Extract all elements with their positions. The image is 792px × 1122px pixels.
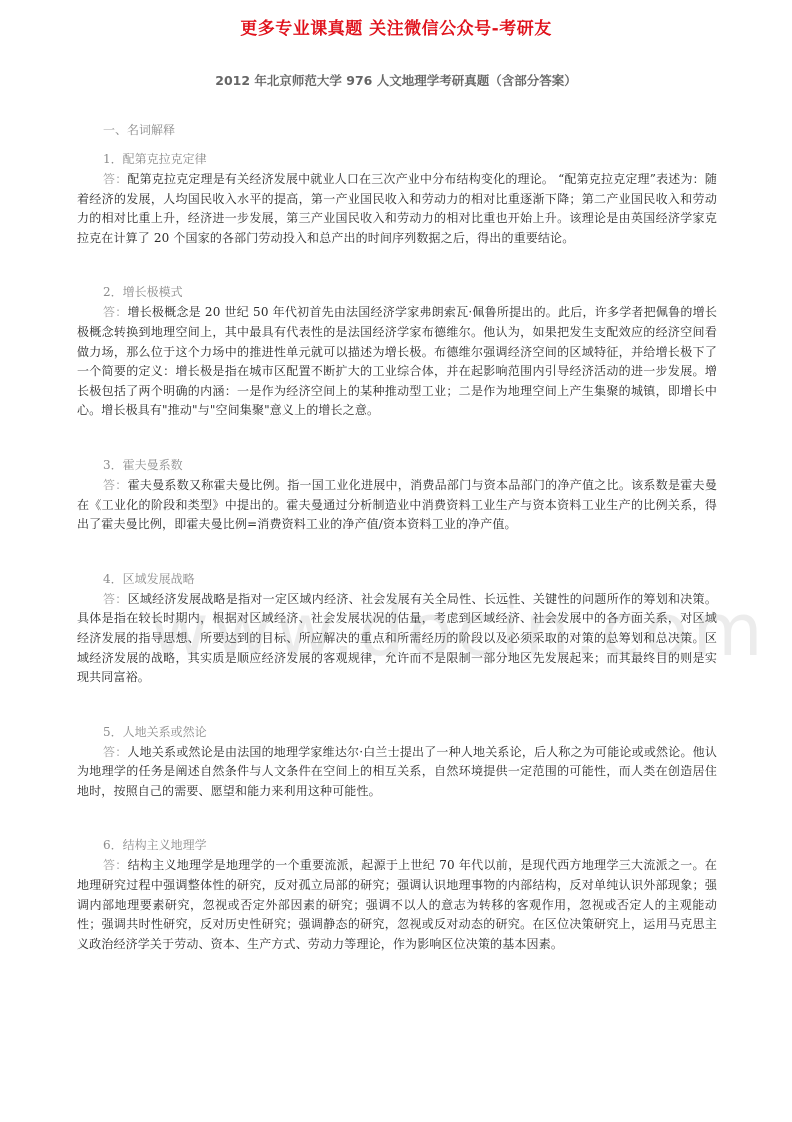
spacer — [77, 421, 717, 454]
answer-text: 配第克拉克定理是有关经济发展中就业人口在三次产业中分布结构变化的理论。 “配第克… — [77, 172, 717, 245]
term-heading: 5．人地关系或然论 — [77, 721, 717, 743]
term-answer: 答：人地关系或然论是由法国的地理学家维达尔·白兰士提出了一种人地关系论，后人称之… — [77, 743, 717, 802]
spacer — [77, 688, 717, 721]
term-heading: 4．区域发展战略 — [77, 568, 717, 590]
promo-banner: 更多专业课真题 关注微信公众号-考研友 — [0, 14, 792, 39]
term-6: 6．结构主义地理学 答：结构主义地理学是地理学的一个重要流派，起源于上世纪 70… — [77, 834, 717, 954]
answer-label: 答： — [103, 858, 128, 872]
term-answer: 答：配第克拉克定理是有关经济发展中就业人口在三次产业中分布结构变化的理论。 “配… — [77, 170, 717, 248]
document-title: 2012 年北京师范大学 976 人文地理学考研真题（含部分答案） — [0, 71, 792, 89]
section-heading: 一、名词解释 — [77, 120, 717, 140]
answer-label: 答： — [103, 305, 127, 319]
term-5: 5．人地关系或然论 答：人地关系或然论是由法国的地理学家维达尔·白兰士提出了一种… — [77, 721, 717, 802]
spacer — [77, 535, 717, 568]
term-answer: 答：结构主义地理学是地理学的一个重要流派，起源于上世纪 70 年代以前，是现代西… — [77, 856, 717, 954]
spacer — [77, 801, 717, 834]
answer-label: 答： — [103, 172, 127, 186]
answer-label: 答： — [103, 592, 128, 606]
answer-text: 结构主义地理学是地理学的一个重要流派，起源于上世纪 70 年代以前，是现代西方地… — [77, 858, 717, 950]
term-4: 4．区域发展战略 答：区域经济发展战略是指对一定区域内经济、社会发展有关全局性、… — [77, 568, 717, 688]
term-heading: 1．配第克拉克定律 — [77, 148, 717, 170]
document-body: 一、名词解释 1．配第克拉克定律 答：配第克拉克定理是有关经济发展中就业人口在三… — [77, 120, 717, 954]
answer-text: 区域经济发展战略是指对一定区域内经济、社会发展有关全局性、长远性、关键性的问题所… — [77, 592, 717, 684]
term-heading: 3．霍夫曼系数 — [77, 454, 717, 476]
answer-label: 答： — [103, 478, 128, 492]
answer-text: 霍夫曼系数又称霍夫曼比例。指一国工业化进展中，消费品部门与资本品部门的净产值之比… — [77, 478, 717, 531]
term-answer: 答：区域经济发展战略是指对一定区域内经济、社会发展有关全局性、长远性、关键性的问… — [77, 590, 717, 688]
term-1: 1．配第克拉克定律 答：配第克拉克定理是有关经济发展中就业人口在三次产业中分布结… — [77, 148, 717, 248]
term-heading: 6．结构主义地理学 — [77, 834, 717, 856]
answer-text: 人地关系或然论是由法国的地理学家维达尔·白兰士提出了一种人地关系论，后人称之为可… — [77, 745, 717, 798]
answer-label: 答： — [103, 745, 127, 759]
spacer — [77, 248, 717, 281]
answer-text: 增长极概念是 20 世纪 50 年代初首先由法国经济学家弗朗索瓦·佩鲁所提出的。… — [77, 305, 717, 417]
term-3: 3．霍夫曼系数 答：霍夫曼系数又称霍夫曼比例。指一国工业化进展中，消费品部门与资… — [77, 454, 717, 535]
term-heading: 2．增长极模式 — [77, 281, 717, 303]
term-answer: 答：霍夫曼系数又称霍夫曼比例。指一国工业化进展中，消费品部门与资本品部门的净产值… — [77, 476, 717, 535]
term-answer: 答：增长极概念是 20 世纪 50 年代初首先由法国经济学家弗朗索瓦·佩鲁所提出… — [77, 303, 717, 421]
term-2: 2．增长极模式 答：增长极概念是 20 世纪 50 年代初首先由法国经济学家弗朗… — [77, 281, 717, 421]
